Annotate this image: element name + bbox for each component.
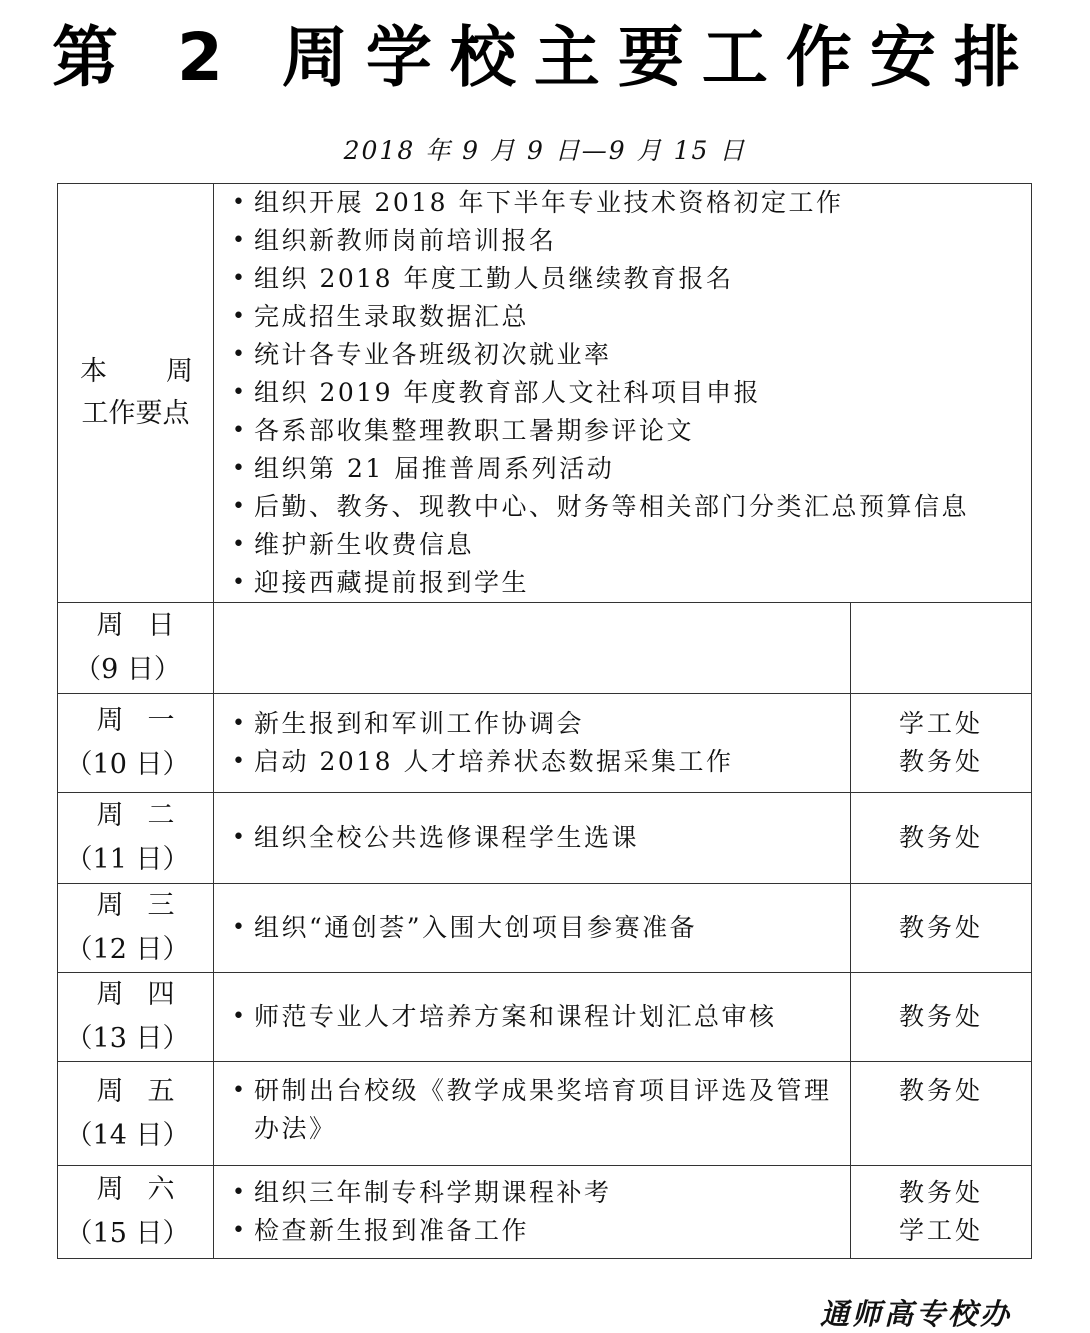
dept-name: 教务处 [851, 1072, 1031, 1110]
key-points-content: 组织开展 2018 年下半年专业技术资格初定工作组织新教师岗前培训报名组织 20… [214, 184, 1032, 603]
dept-name: 教务处 [851, 819, 1031, 857]
label-char: 本 [80, 351, 107, 393]
task-list: 研制出台校级《教学成果奖培育项目评选及管理办法》 [214, 1072, 850, 1148]
key-point-item: 维护新生收费信息 [228, 526, 1031, 564]
day-label: 周三（12 日） [58, 884, 214, 973]
day-date: （15 日） [42, 1212, 213, 1256]
day-label: 周二（11 日） [58, 793, 214, 884]
day-date: （9 日） [42, 648, 213, 692]
day-tasks: 研制出台校级《教学成果奖培育项目评选及管理办法》 [214, 1062, 851, 1166]
day-tasks: 组织三年制专科学期课程补考检查新生报到准备工作 [214, 1166, 851, 1259]
day-label: 周四（13 日） [58, 973, 214, 1062]
day-name: 五 [148, 1070, 175, 1114]
task-list: 组织全校公共选修课程学生选课 [214, 819, 850, 857]
day-name: 日 [148, 604, 175, 648]
task-item: 检查新生报到准备工作 [228, 1212, 850, 1250]
day-row: 周六（15 日）组织三年制专科学期课程补考检查新生报到准备工作教务处学工处 [58, 1166, 1032, 1259]
task-list: 组织“通创荟”入围大创项目参赛准备 [214, 909, 850, 947]
day-date: （12 日） [42, 928, 213, 972]
dept-name: 学工处 [851, 705, 1031, 743]
day-row: 周日（9 日） [58, 603, 1032, 694]
dept-name: 教务处 [851, 1174, 1031, 1212]
day-name: 二 [148, 794, 175, 838]
day-label: 周日（9 日） [58, 603, 214, 694]
day-date: （11 日） [42, 838, 213, 882]
key-point-item: 组织新教师岗前培训报名 [228, 222, 1031, 260]
day-prefix: 周 [97, 794, 124, 838]
day-prefix: 周 [97, 973, 124, 1017]
schedule-table: 本 周 工作要点 组织开展 2018 年下半年专业技术资格初定工作组织新教师岗前… [57, 183, 1032, 1259]
day-prefix: 周 [97, 1070, 124, 1114]
task-list: 新生报到和军训工作协调会启动 2018 人才培养状态数据采集工作 [214, 705, 850, 781]
task-item: 组织“通创荟”入围大创项目参赛准备 [228, 909, 850, 947]
key-points-label: 本 周 工作要点 [58, 184, 214, 603]
date-range: 2018 年 9 月 9 日—9 月 15 日 [0, 134, 1090, 168]
task-list: 师范专业人才培养方案和课程计划汇总审核 [214, 998, 850, 1036]
dept-name: 教务处 [851, 743, 1031, 781]
dept-name: 教务处 [851, 998, 1031, 1036]
day-label: 周一（10 日） [58, 694, 214, 793]
day-row: 周二（11 日）组织全校公共选修课程学生选课教务处 [58, 793, 1032, 884]
responsible-dept: 教务处 [851, 973, 1032, 1062]
day-prefix: 周 [97, 1168, 124, 1212]
label-char: 周 [166, 351, 193, 393]
day-row: 周三（12 日）组织“通创荟”入围大创项目参赛准备教务处 [58, 884, 1032, 973]
key-point-item: 统计各专业各班级初次就业率 [228, 336, 1031, 374]
task-item: 启动 2018 人才培养状态数据采集工作 [228, 743, 850, 781]
day-prefix: 周 [97, 699, 124, 743]
day-row: 周四（13 日）师范专业人才培养方案和课程计划汇总审核教务处 [58, 973, 1032, 1062]
key-points-row: 本 周 工作要点 组织开展 2018 年下半年专业技术资格初定工作组织新教师岗前… [58, 184, 1032, 603]
task-item: 研制出台校级《教学成果奖培育项目评选及管理办法》 [228, 1072, 850, 1148]
responsible-dept: 教务处学工处 [851, 1166, 1032, 1259]
page-title: 第 2 周学校主要工作安排 [0, 18, 1090, 98]
signature: 通师高专校办 [820, 1292, 1012, 1333]
key-point-item: 迎接西藏提前报到学生 [228, 564, 1031, 602]
label-text: 工作要点 [58, 393, 213, 435]
day-date: （14 日） [42, 1114, 213, 1158]
key-point-item: 组织 2018 年度工勤人员继续教育报名 [228, 260, 1031, 298]
responsible-dept: 教务处 [851, 1062, 1032, 1166]
day-prefix: 周 [97, 604, 124, 648]
task-item: 师范专业人才培养方案和课程计划汇总审核 [228, 998, 850, 1036]
task-item: 新生报到和军训工作协调会 [228, 705, 850, 743]
day-row: 周五（14 日）研制出台校级《教学成果奖培育项目评选及管理办法》教务处 [58, 1062, 1032, 1166]
day-date: （13 日） [42, 1017, 213, 1061]
day-tasks [214, 603, 851, 694]
responsible-dept [851, 603, 1032, 694]
task-item: 组织全校公共选修课程学生选课 [228, 819, 850, 857]
key-point-item: 后勤、教务、现教中心、财务等相关部门分类汇总预算信息 [228, 488, 1031, 526]
key-point-item: 完成招生录取数据汇总 [228, 298, 1031, 336]
key-point-item: 各系部收集整理教职工暑期参评论文 [228, 412, 1031, 450]
dept-name: 教务处 [851, 909, 1031, 947]
day-row: 周一（10 日）新生报到和军训工作协调会启动 2018 人才培养状态数据采集工作… [58, 694, 1032, 793]
key-point-item: 组织开展 2018 年下半年专业技术资格初定工作 [228, 184, 1031, 222]
day-tasks: 组织全校公共选修课程学生选课 [214, 793, 851, 884]
day-name: 三 [148, 884, 175, 928]
responsible-dept: 教务处 [851, 884, 1032, 973]
day-name: 六 [148, 1168, 175, 1212]
day-date: （10 日） [42, 743, 213, 787]
day-name: 一 [148, 699, 175, 743]
day-tasks: 新生报到和军训工作协调会启动 2018 人才培养状态数据采集工作 [214, 694, 851, 793]
day-label: 周六（15 日） [58, 1166, 214, 1259]
key-points-list: 组织开展 2018 年下半年专业技术资格初定工作组织新教师岗前培训报名组织 20… [214, 184, 1031, 602]
key-point-item: 组织 2019 年度教育部人文社科项目申报 [228, 374, 1031, 412]
day-tasks: 师范专业人才培养方案和课程计划汇总审核 [214, 973, 851, 1062]
responsible-dept: 学工处教务处 [851, 694, 1032, 793]
day-prefix: 周 [97, 884, 124, 928]
dept-name: 学工处 [851, 1212, 1031, 1250]
day-name: 四 [148, 973, 175, 1017]
key-point-item: 组织第 21 届推普周系列活动 [228, 450, 1031, 488]
day-tasks: 组织“通创荟”入围大创项目参赛准备 [214, 884, 851, 973]
task-list: 组织三年制专科学期课程补考检查新生报到准备工作 [214, 1174, 850, 1250]
task-item: 组织三年制专科学期课程补考 [228, 1174, 850, 1212]
day-label: 周五（14 日） [58, 1062, 214, 1166]
responsible-dept: 教务处 [851, 793, 1032, 884]
